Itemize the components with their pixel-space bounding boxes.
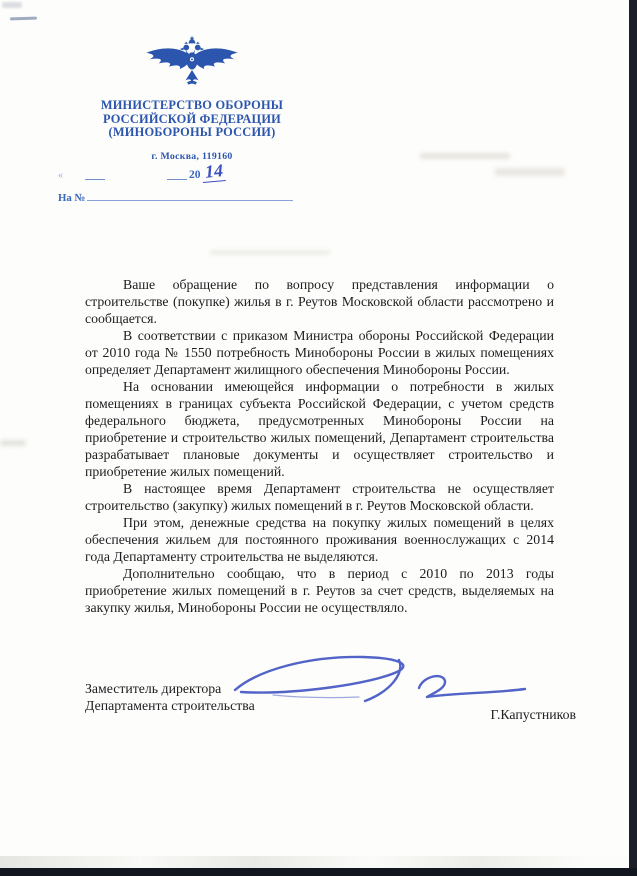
org-line: РОССИЙСКОЙ ФЕДЕРАЦИИ — [92, 113, 292, 127]
date-opening-quote: « — [58, 170, 63, 181]
scan-smudge — [420, 153, 510, 159]
scan-smudge — [495, 168, 565, 176]
incoming-reference-line: На № — [58, 189, 293, 204]
scanned-letter-page: МИНИСТЕРСТВО ОБОРОНЫ РОССИЙСКОЙ ФЕДЕРАЦИ… — [0, 0, 637, 876]
scan-smudge — [0, 440, 26, 446]
letter-body: Ваше обращение по вопросу представления … — [85, 276, 554, 616]
body-paragraph: На основании имеющейся информации о потр… — [85, 378, 554, 480]
org-line: (МИНОБОРОНЫ РОССИИ) — [92, 126, 292, 140]
mod-double-headed-eagle-icon — [143, 36, 241, 90]
date-month-blank — [167, 168, 187, 180]
organization-name: МИНИСТЕРСТВО ОБОРОНЫ РОССИЙСКОЙ ФЕДЕРАЦИ… — [92, 99, 292, 140]
date-year-handwritten: 14 — [201, 160, 226, 183]
scan-smudge — [2, 2, 22, 8]
scan-streaks — [0, 856, 637, 868]
scan-edge — [0, 868, 637, 876]
date-line: « 20 14 — [58, 168, 318, 186]
org-line: МИНИСТЕРСТВО ОБОРОНЫ — [92, 99, 292, 113]
handwritten-signature — [213, 648, 535, 712]
incoming-reference-blank — [87, 189, 293, 201]
date-day-blank — [85, 168, 105, 180]
body-paragraph: Ваше обращение по вопросу представления … — [85, 276, 554, 327]
body-paragraph: При этом, денежные средства на покупку ж… — [85, 514, 554, 565]
body-paragraph: В настоящее время Департамент строительс… — [85, 480, 554, 514]
signer-name: Г.Капустников — [430, 707, 576, 723]
letterhead: МИНИСТЕРСТВО ОБОРОНЫ РОССИЙСКОЙ ФЕДЕРАЦИ… — [92, 36, 292, 162]
scan-edge — [629, 0, 637, 876]
pen-mark — [10, 17, 37, 21]
scan-smudge — [210, 250, 330, 255]
org-address: г. Москва, 119160 — [92, 151, 292, 162]
body-paragraph: В соответствии с приказом Министра оборо… — [85, 327, 554, 378]
body-paragraph: Дополнительно сообщаю, что в период с 20… — [85, 565, 554, 616]
incoming-reference-label: На № — [58, 192, 85, 204]
date-year-printed: 20 — [189, 169, 201, 181]
